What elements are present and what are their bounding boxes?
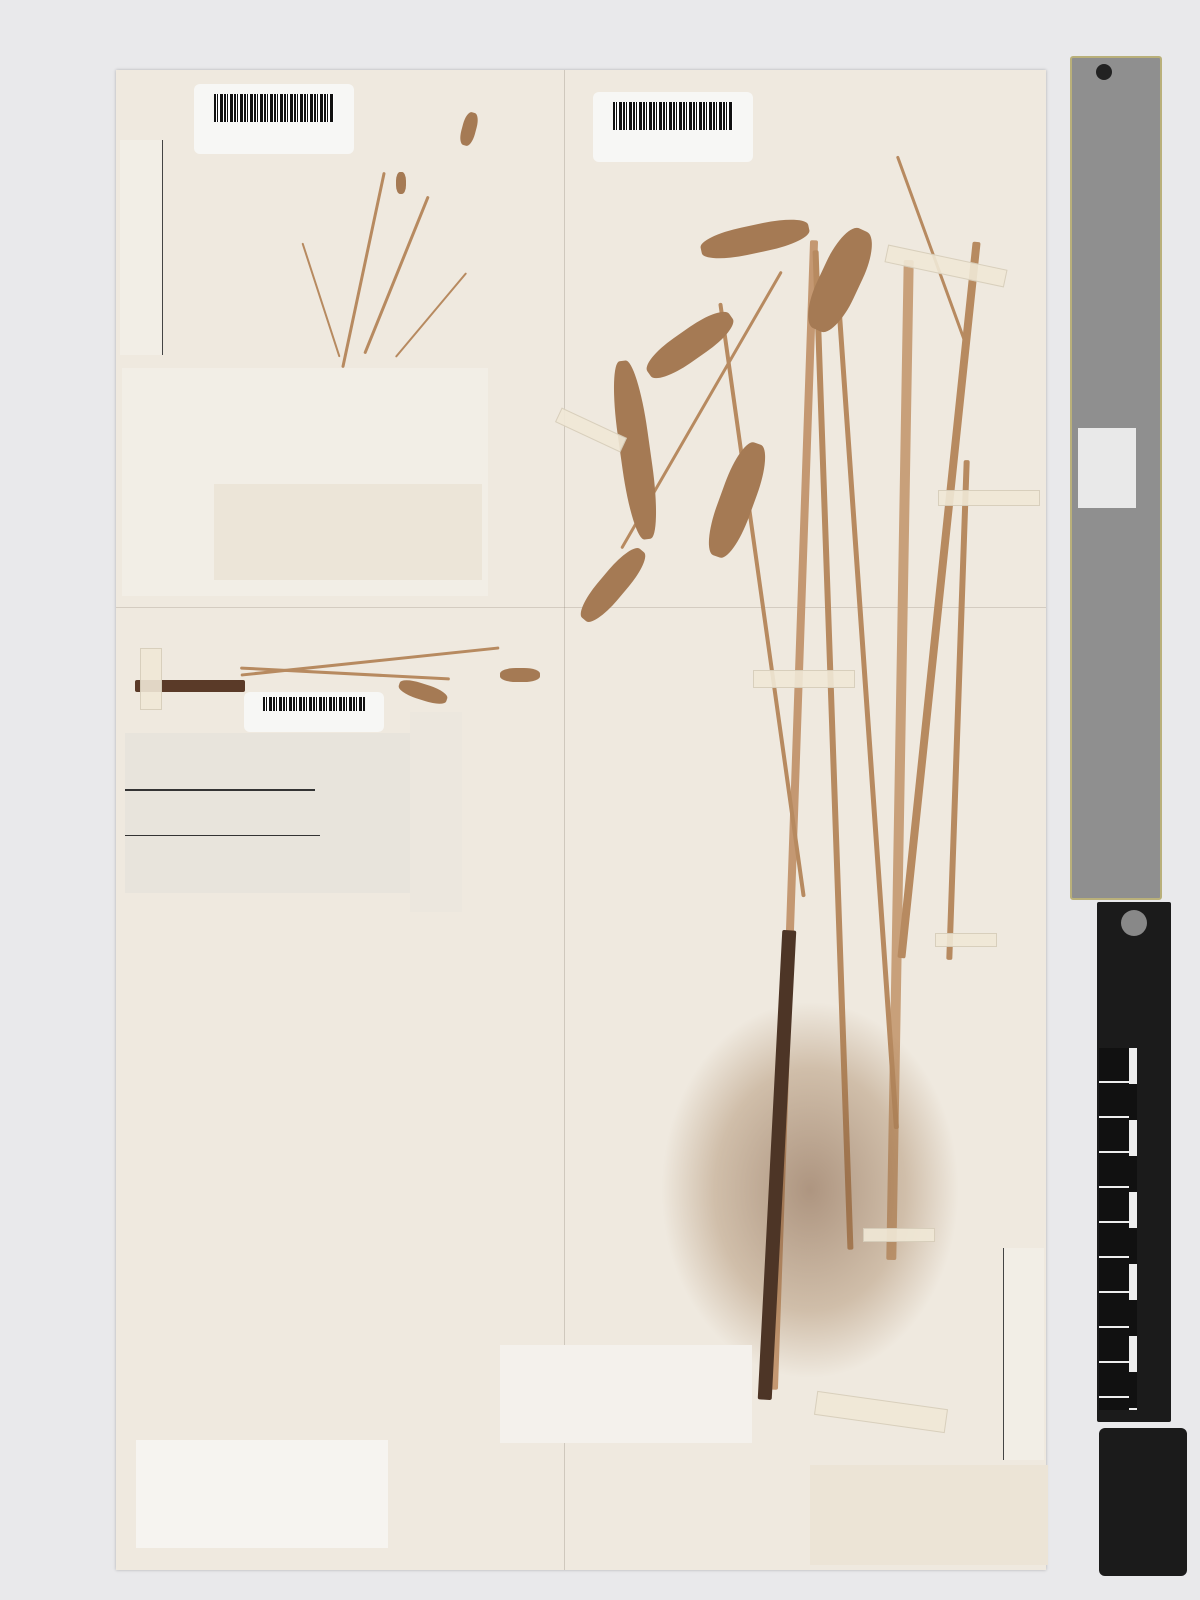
mounting-tape [753, 670, 855, 688]
barcode-label-2 [593, 92, 753, 162]
specimen-spike [500, 668, 540, 682]
barcode-bars [214, 94, 334, 122]
specimen-spike [396, 172, 406, 194]
scale-ticks [1129, 1048, 1137, 1410]
resolution-target [1078, 428, 1136, 508]
barcode-org [194, 84, 354, 90]
barcode-bars [613, 102, 733, 130]
mounting-tape [863, 1228, 935, 1242]
original-label [214, 484, 482, 580]
scale-ticks [1099, 1048, 1129, 1410]
mount-hole [1096, 64, 1112, 80]
mounting-tape [140, 648, 162, 710]
side-note [410, 712, 426, 914]
clarke-det-slip [500, 1345, 752, 1443]
color-checker-card [1099, 1428, 1187, 1576]
color-calibration-bar [1070, 56, 1162, 900]
herb-gay-strip-right [1003, 1248, 1044, 1460]
barcode-label-3 [244, 692, 384, 732]
specimen-roots [660, 1000, 960, 1380]
barcode-org [593, 92, 753, 98]
locality [214, 488, 482, 492]
mounting-tape [935, 933, 997, 947]
barcode-bars [263, 697, 365, 711]
gay-label [125, 733, 415, 893]
kew-scale-bar [1097, 902, 1171, 1422]
bahusia-label [810, 1465, 1048, 1565]
barcode-org [244, 692, 384, 695]
kew-crest-icon [1121, 910, 1147, 936]
upos-determination-label [136, 1440, 388, 1548]
mounting-tape [938, 490, 1040, 506]
barcode-label-1 [194, 84, 354, 154]
swartz-citation-label [122, 368, 488, 596]
side-note-label [410, 712, 462, 912]
herb-gay-strip-left [120, 140, 163, 355]
